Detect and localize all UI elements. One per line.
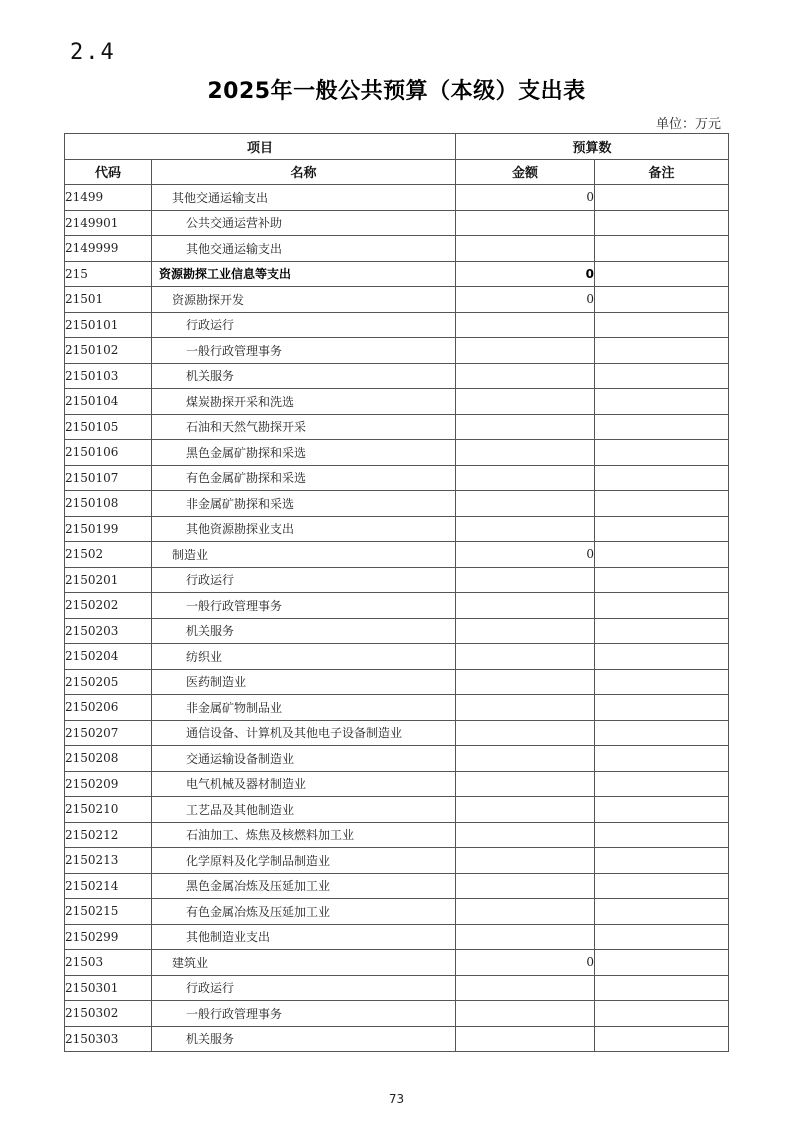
cell-amount	[456, 440, 595, 466]
table-row: 2150104煤炭勘探开采和洗选	[65, 389, 729, 415]
cell-name: 机关服务	[152, 1026, 456, 1052]
cell-remark	[595, 210, 729, 236]
table-row: 2150214黑色金属冶炼及压延加工业	[65, 873, 729, 899]
table-row: 2150102一般行政管理事务	[65, 338, 729, 364]
cell-amount	[456, 720, 595, 746]
cell-name: 其他制造业支出	[152, 924, 456, 950]
cell-code: 2150101	[65, 312, 152, 338]
cell-amount	[456, 312, 595, 338]
cell-name: 有色金属矿勘探和采选	[152, 465, 456, 491]
cell-remark	[595, 720, 729, 746]
cell-remark	[595, 287, 729, 313]
cell-code: 21501	[65, 287, 152, 313]
cell-remark	[595, 695, 729, 721]
cell-code: 2150199	[65, 516, 152, 542]
table-row: 21501资源勘探开发0	[65, 287, 729, 313]
cell-code: 2150301	[65, 975, 152, 1001]
cell-code: 2150214	[65, 873, 152, 899]
column-header-row: 代码 名称 金额 备注	[65, 159, 729, 185]
cell-remark	[595, 185, 729, 211]
cell-name: 机关服务	[152, 363, 456, 389]
cell-remark	[595, 542, 729, 568]
cell-name: 行政运行	[152, 975, 456, 1001]
page-title: 2025年一般公共预算（本级）支出表	[0, 74, 793, 105]
cell-name: 石油和天然气勘探开采	[152, 414, 456, 440]
cell-name: 纺织业	[152, 644, 456, 670]
cell-remark	[595, 312, 729, 338]
table-row: 2150107有色金属矿勘探和采选	[65, 465, 729, 491]
cell-amount	[456, 236, 595, 262]
cell-name: 一般行政管理事务	[152, 1001, 456, 1027]
table-row: 2150205医药制造业	[65, 669, 729, 695]
cell-code: 2150201	[65, 567, 152, 593]
cell-amount	[456, 363, 595, 389]
cell-remark	[595, 618, 729, 644]
cell-amount	[456, 516, 595, 542]
cell-amount	[456, 822, 595, 848]
cell-remark	[595, 950, 729, 976]
cell-amount	[456, 210, 595, 236]
cell-amount	[456, 873, 595, 899]
table-row: 2150199其他资源勘探业支出	[65, 516, 729, 542]
cell-amount	[456, 618, 595, 644]
cell-amount	[456, 465, 595, 491]
cell-code: 2150103	[65, 363, 152, 389]
table-row: 2150303机关服务	[65, 1026, 729, 1052]
cell-amount: 0	[456, 287, 595, 313]
cell-name: 其他交通运输支出	[152, 236, 456, 262]
table-body: 21499其他交通运输支出02149901公共交通运营补助2149999其他交通…	[65, 185, 729, 1052]
column-header-code: 代码	[65, 159, 152, 185]
cell-code: 2150212	[65, 822, 152, 848]
table-row: 2150204纺织业	[65, 644, 729, 670]
cell-amount	[456, 848, 595, 874]
cell-name: 交通运输设备制造业	[152, 746, 456, 772]
cell-amount	[456, 695, 595, 721]
cell-code: 2150205	[65, 669, 152, 695]
cell-code: 2150206	[65, 695, 152, 721]
page-number: 73	[0, 1092, 793, 1106]
table-row: 2150108非金属矿勘探和采选	[65, 491, 729, 517]
table-row: 2150206非金属矿物制品业	[65, 695, 729, 721]
cell-name: 黑色金属冶炼及压延加工业	[152, 873, 456, 899]
table-row: 2150106黑色金属矿勘探和采选	[65, 440, 729, 466]
cell-code: 2150207	[65, 720, 152, 746]
column-header-amount: 金额	[456, 159, 595, 185]
cell-name: 石油加工、炼焦及核燃料加工业	[152, 822, 456, 848]
table-row: 2150213化学原料及化学制品制造业	[65, 848, 729, 874]
section-number: 2.4	[70, 40, 116, 65]
cell-code: 2150102	[65, 338, 152, 364]
cell-name: 医药制造业	[152, 669, 456, 695]
group-header-row: 项目 预算数	[65, 134, 729, 160]
table-row: 2149999其他交通运输支出	[65, 236, 729, 262]
cell-code: 2150302	[65, 1001, 152, 1027]
cell-code: 2150215	[65, 899, 152, 925]
cell-code: 2149901	[65, 210, 152, 236]
cell-amount	[456, 338, 595, 364]
cell-code: 2150107	[65, 465, 152, 491]
cell-remark	[595, 899, 729, 925]
cell-name: 资源勘探工业信息等支出	[152, 261, 456, 287]
cell-name: 通信设备、计算机及其他电子设备制造业	[152, 720, 456, 746]
cell-remark	[595, 822, 729, 848]
cell-remark	[595, 363, 729, 389]
cell-name: 公共交通运营补助	[152, 210, 456, 236]
cell-name: 有色金属冶炼及压延加工业	[152, 899, 456, 925]
cell-amount	[456, 414, 595, 440]
table-row: 2150103机关服务	[65, 363, 729, 389]
table-row: 2150209电气机械及器材制造业	[65, 771, 729, 797]
table-row: 2150101行政运行	[65, 312, 729, 338]
cell-name: 建筑业	[152, 950, 456, 976]
cell-amount: 0	[456, 950, 595, 976]
cell-code: 2150210	[65, 797, 152, 823]
cell-remark	[595, 414, 729, 440]
cell-remark	[595, 593, 729, 619]
cell-amount	[456, 771, 595, 797]
cell-name: 非金属矿物制品业	[152, 695, 456, 721]
cell-remark	[595, 567, 729, 593]
cell-name: 煤炭勘探开采和洗选	[152, 389, 456, 415]
table-row: 21502制造业0	[65, 542, 729, 568]
table-row: 2150208交通运输设备制造业	[65, 746, 729, 772]
table-row: 2150210工艺品及其他制造业	[65, 797, 729, 823]
cell-remark	[595, 669, 729, 695]
table-row: 21499其他交通运输支出0	[65, 185, 729, 211]
cell-remark	[595, 644, 729, 670]
cell-code: 2150209	[65, 771, 152, 797]
column-header-name: 名称	[152, 159, 456, 185]
table-row: 21503建筑业0	[65, 950, 729, 976]
cell-name: 其他资源勘探业支出	[152, 516, 456, 542]
cell-code: 215	[65, 261, 152, 287]
cell-remark	[595, 440, 729, 466]
cell-remark	[595, 975, 729, 1001]
table-row: 2150201行政运行	[65, 567, 729, 593]
cell-remark	[595, 1001, 729, 1027]
cell-remark	[595, 746, 729, 772]
cell-name: 行政运行	[152, 312, 456, 338]
cell-code: 2150213	[65, 848, 152, 874]
cell-name: 其他交通运输支出	[152, 185, 456, 211]
table-row: 2150212石油加工、炼焦及核燃料加工业	[65, 822, 729, 848]
cell-amount	[456, 975, 595, 1001]
cell-amount	[456, 899, 595, 925]
cell-name: 一般行政管理事务	[152, 338, 456, 364]
cell-code: 21499	[65, 185, 152, 211]
cell-remark	[595, 236, 729, 262]
group-header-item: 项目	[65, 134, 456, 160]
cell-remark	[595, 848, 729, 874]
cell-amount	[456, 491, 595, 517]
cell-amount	[456, 797, 595, 823]
cell-name: 资源勘探开发	[152, 287, 456, 313]
table-row: 2150302一般行政管理事务	[65, 1001, 729, 1027]
cell-amount	[456, 644, 595, 670]
cell-amount	[456, 746, 595, 772]
cell-name: 机关服务	[152, 618, 456, 644]
cell-name: 工艺品及其他制造业	[152, 797, 456, 823]
cell-code: 2150204	[65, 644, 152, 670]
cell-remark	[595, 338, 729, 364]
cell-amount	[456, 389, 595, 415]
cell-code: 2150104	[65, 389, 152, 415]
cell-code: 2150208	[65, 746, 152, 772]
group-header-budget: 预算数	[456, 134, 729, 160]
cell-amount	[456, 924, 595, 950]
cell-remark	[595, 389, 729, 415]
cell-name: 制造业	[152, 542, 456, 568]
cell-remark	[595, 465, 729, 491]
cell-remark	[595, 771, 729, 797]
table-row: 2150299其他制造业支出	[65, 924, 729, 950]
cell-code: 2150108	[65, 491, 152, 517]
cell-name: 电气机械及器材制造业	[152, 771, 456, 797]
cell-amount: 0	[456, 261, 595, 287]
cell-amount	[456, 567, 595, 593]
table-row: 2150203机关服务	[65, 618, 729, 644]
cell-code: 21502	[65, 542, 152, 568]
table-row: 2150207通信设备、计算机及其他电子设备制造业	[65, 720, 729, 746]
cell-amount	[456, 593, 595, 619]
cell-code: 2150299	[65, 924, 152, 950]
cell-remark	[595, 797, 729, 823]
cell-amount	[456, 1001, 595, 1027]
cell-remark	[595, 1026, 729, 1052]
cell-name: 一般行政管理事务	[152, 593, 456, 619]
table-row: 215资源勘探工业信息等支出0	[65, 261, 729, 287]
cell-code: 2150202	[65, 593, 152, 619]
cell-amount	[456, 669, 595, 695]
cell-remark	[595, 261, 729, 287]
column-header-remark: 备注	[595, 159, 729, 185]
cell-amount	[456, 1026, 595, 1052]
cell-name: 非金属矿勘探和采选	[152, 491, 456, 517]
cell-code: 2150203	[65, 618, 152, 644]
cell-code: 2150106	[65, 440, 152, 466]
cell-remark	[595, 491, 729, 517]
cell-code: 21503	[65, 950, 152, 976]
unit-label: 单位：万元	[656, 113, 721, 132]
cell-code: 2150303	[65, 1026, 152, 1052]
budget-table: 项目 预算数 代码 名称 金额 备注 21499其他交通运输支出02149901…	[64, 133, 729, 1052]
table-row: 2150215有色金属冶炼及压延加工业	[65, 899, 729, 925]
cell-remark	[595, 516, 729, 542]
table-row: 2150301行政运行	[65, 975, 729, 1001]
table-row: 2150105石油和天然气勘探开采	[65, 414, 729, 440]
cell-name: 化学原料及化学制品制造业	[152, 848, 456, 874]
cell-amount: 0	[456, 185, 595, 211]
cell-remark	[595, 873, 729, 899]
table-row: 2149901公共交通运营补助	[65, 210, 729, 236]
table-row: 2150202一般行政管理事务	[65, 593, 729, 619]
cell-remark	[595, 924, 729, 950]
cell-name: 行政运行	[152, 567, 456, 593]
cell-amount: 0	[456, 542, 595, 568]
cell-name: 黑色金属矿勘探和采选	[152, 440, 456, 466]
cell-code: 2150105	[65, 414, 152, 440]
cell-code: 2149999	[65, 236, 152, 262]
